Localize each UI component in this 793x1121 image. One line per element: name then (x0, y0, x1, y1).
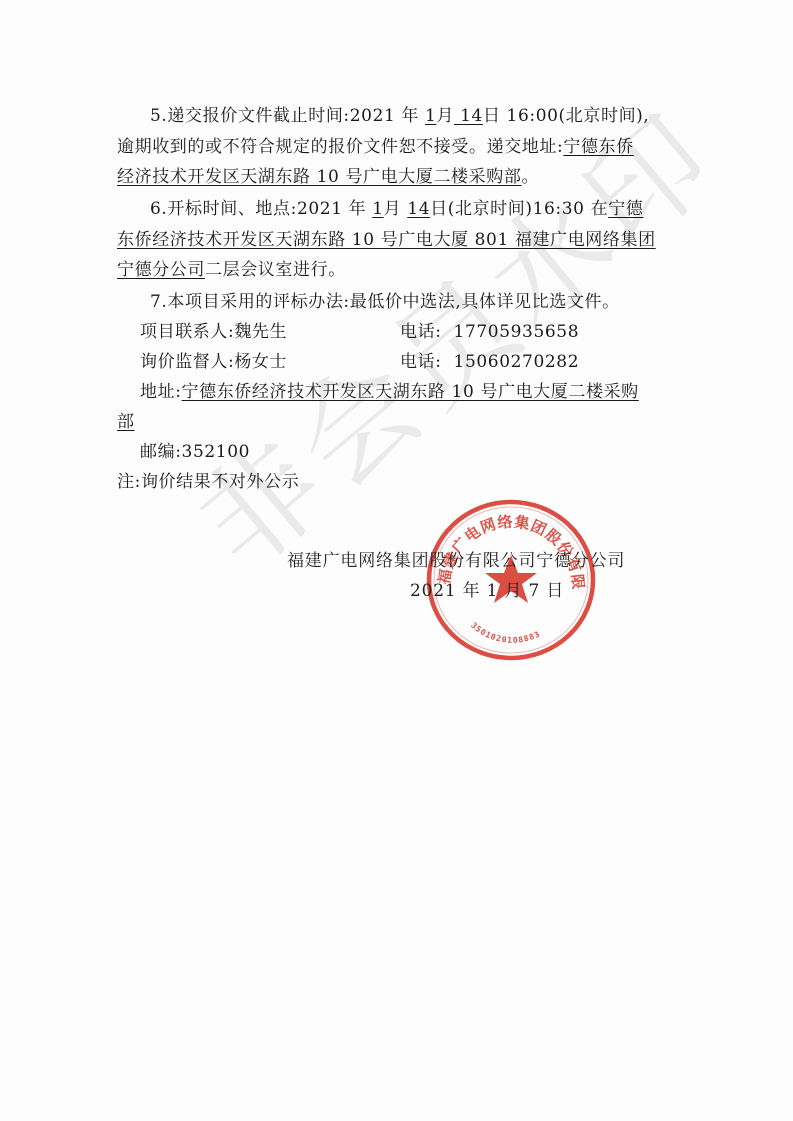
month-suffix: 月 (384, 199, 402, 219)
phone-label: 电话: (400, 322, 442, 342)
submission-address: 经济技术开发区天湖东路 10 号广电大厦二楼采购部 (117, 167, 521, 187)
phone-number: 17705935658 (454, 322, 580, 342)
opening-address: 宁德分公司 (117, 260, 205, 280)
supervisor-phone-row: 电话: 15060270282 (400, 351, 579, 373)
item-text: 二层会议室进行。 (205, 260, 346, 280)
contact-name: 杨女士 (234, 352, 287, 372)
month-value: 1 (372, 199, 383, 219)
day-value: 14 (407, 199, 430, 219)
item-6-line-1: 6.开标时间、地点:2021 年 1月 14日(北京时间)16:30 在宁德 (150, 198, 643, 220)
contact-row: 项目联系人:魏先生 (140, 321, 287, 343)
issue-date: 2021 年 1 月 7 日 (410, 576, 564, 601)
note-text: 询价结果不对外公示 (141, 472, 299, 492)
item-text: 本项目采用的评标办法:最低价中选法,具体详见比选文件。 (167, 292, 619, 312)
item-number: 6. (150, 199, 167, 219)
contact-role-label: 询价监督人: (140, 352, 234, 372)
item-text: 日(北京时间)16:30 在 (430, 199, 608, 219)
item-6-line-2: 东侨经济技术开发区天湖东路 10 号广电大厦 801 福建广电网络集团 (117, 229, 656, 251)
opening-address: 宁德 (608, 199, 643, 219)
postcode-value: 352100 (182, 442, 251, 462)
item-5-line-1: 5.递交报价文件截止时间:2021 年 1月 14日 16:00(北京时间), (150, 105, 649, 127)
contact-role-label: 项目联系人: (140, 322, 234, 342)
phone-number: 15060270282 (454, 352, 580, 372)
item-text: 递交报价文件截止时间:2021 年 (167, 106, 419, 126)
month-value: 1 (425, 106, 436, 126)
address-line-1: 地址:宁德东侨经济技术开发区天湖东路 10 号广电大厦二楼采购 (140, 381, 639, 403)
item-5-line-3: 经济技术开发区天湖东路 10 号广电大厦二楼采购部。 (117, 166, 539, 188)
contact-phone-row: 电话: 17705935658 (400, 321, 579, 343)
day-number: 14 (460, 106, 483, 126)
item-7-line: 7.本项目采用的评标办法:最低价中选法,具体详见比选文件。 (150, 291, 620, 313)
item-text: 开标时间、地点:2021 年 (167, 199, 366, 219)
item-text: 日 16:00(北京时间), (483, 106, 649, 126)
item-text: 。 (521, 167, 539, 187)
day-value: 14 (454, 106, 483, 126)
address-value: 宁德东侨经济技术开发区天湖东路 10 号广电大厦二楼采购 (182, 382, 639, 402)
phone-label: 电话: (400, 352, 442, 372)
item-number: 7. (150, 292, 167, 312)
address-line-2: 部 (117, 411, 135, 433)
contact-name: 魏先生 (234, 322, 287, 342)
address-value: 部 (117, 412, 135, 432)
issuer-company: 福建广电网络集团股份有限公司宁德分公司 (287, 546, 625, 571)
item-text: 逾期收到的或不符合规定的报价文件恕不接受。递交地址: (117, 137, 563, 157)
submission-address: 宁德东侨 (563, 137, 633, 157)
svg-text:3501020108883: 3501020108883 (469, 621, 542, 645)
postcode-label: 邮编: (140, 442, 182, 462)
note-label: 注: (117, 472, 141, 492)
opening-address: 东侨经济技术开发区天湖东路 10 号广电大厦 801 福建广电网络集团 (117, 230, 656, 250)
month-suffix: 月 (436, 106, 454, 126)
postcode-row: 邮编:352100 (140, 441, 250, 463)
item-5-line-2: 逾期收到的或不符合规定的报价文件恕不接受。递交地址:宁德东侨 (117, 136, 634, 158)
item-number: 5. (150, 106, 167, 126)
note-row: 注:询价结果不对外公示 (117, 471, 299, 493)
supervisor-row: 询价监督人:杨女士 (140, 351, 287, 373)
item-6-line-3: 宁德分公司二层会议室进行。 (117, 259, 346, 281)
address-label: 地址: (140, 382, 182, 402)
document-page: 非会员水印 5.递交报价文件截止时间:2021 年 1月 14日 16:00(北… (0, 0, 793, 1121)
